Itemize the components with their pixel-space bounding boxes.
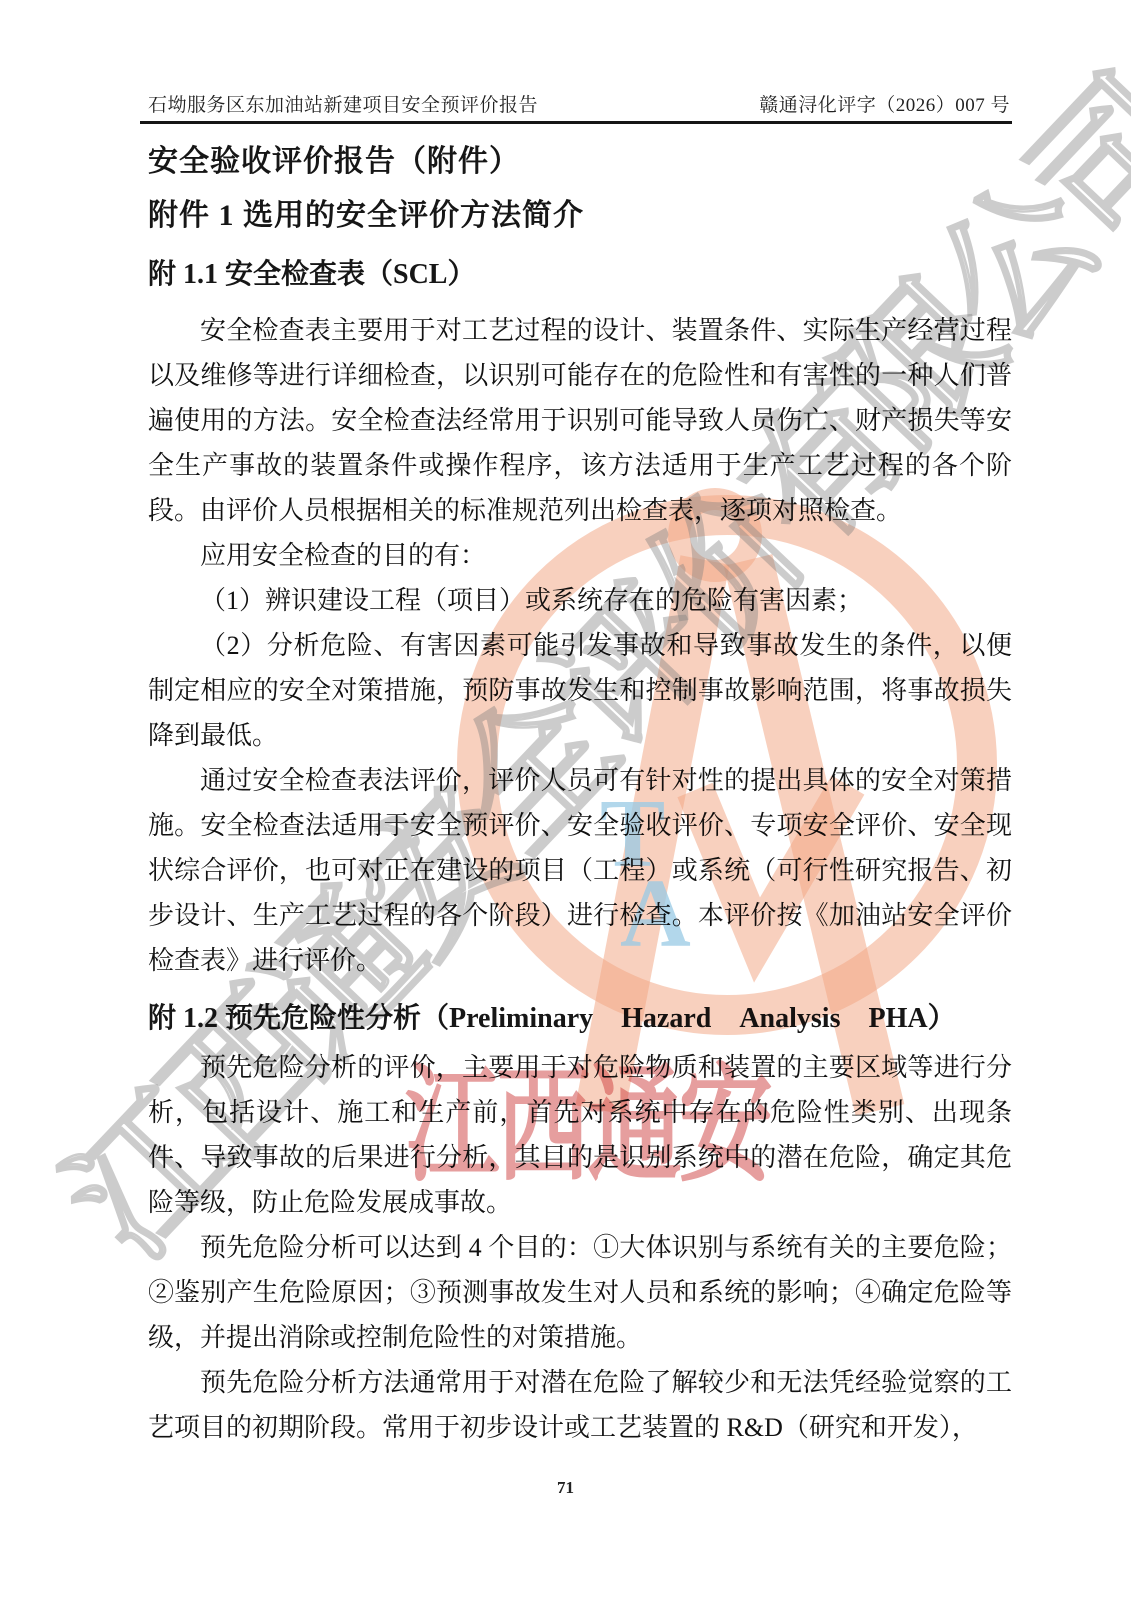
header-rule <box>140 121 1012 124</box>
paragraph: 通过安全检查表法评价，评价人员可有针对性的提出具体的安全对策措施。安全检查法适用… <box>148 758 1012 983</box>
document-body: 附 1.1 安全检查表（SCL） 安全检查表主要用于对工艺过程的设计、装置条件、… <box>148 256 1012 1450</box>
header-right-doc-number: 赣通浔化评字（2026）007 号 <box>759 90 1010 117</box>
report-page: 石坳服务区东加油站新建项目安全预评价报告 赣通浔化评字（2026）007 号 安… <box>0 0 1131 1600</box>
paragraph: 预先危险分析方法通常用于对潜在危险了解较少和无法凭经验觉察的工艺项目的初期阶段。… <box>148 1360 1012 1450</box>
header-left-title: 石坳服务区东加油站新建项目安全预评价报告 <box>148 90 538 117</box>
page-number: 71 <box>0 1478 1131 1498</box>
report-title: 安全验收评价报告（附件） <box>148 136 520 180</box>
paragraph: 应用安全检查的目的有： <box>148 533 1012 578</box>
page-header: 石坳服务区东加油站新建项目安全预评价报告 赣通浔化评字（2026）007 号 <box>148 90 1010 117</box>
section-1-1-heading: 附 1.1 安全检查表（SCL） <box>148 256 1012 294</box>
section-1-2-heading: 附 1.2 预先危险性分析（Preliminary Hazard Analysi… <box>148 999 1012 1039</box>
paragraph: （1）辨识建设工程（项目）或系统存在的危险有害因素； <box>148 578 1012 623</box>
paragraph: （2）分析危险、有害因素可能引发事故和导致事故发生的条件，以便制定相应的安全对策… <box>148 623 1012 758</box>
paragraph: 预先危险分析可以达到 4 个目的：①大体识别与系统有关的主要危险；②鉴别产生危险… <box>148 1225 1012 1360</box>
paragraph: 安全检查表主要用于对工艺过程的设计、装置条件、实际生产经营过程以及维修等进行详细… <box>148 308 1012 533</box>
attachment-title: 附件 1 选用的安全评价方法简介 <box>148 190 584 234</box>
paragraph: 预先危险分析的评价，主要用于对危险物质和装置的主要区域等进行分析，包括设计、施工… <box>148 1045 1012 1225</box>
